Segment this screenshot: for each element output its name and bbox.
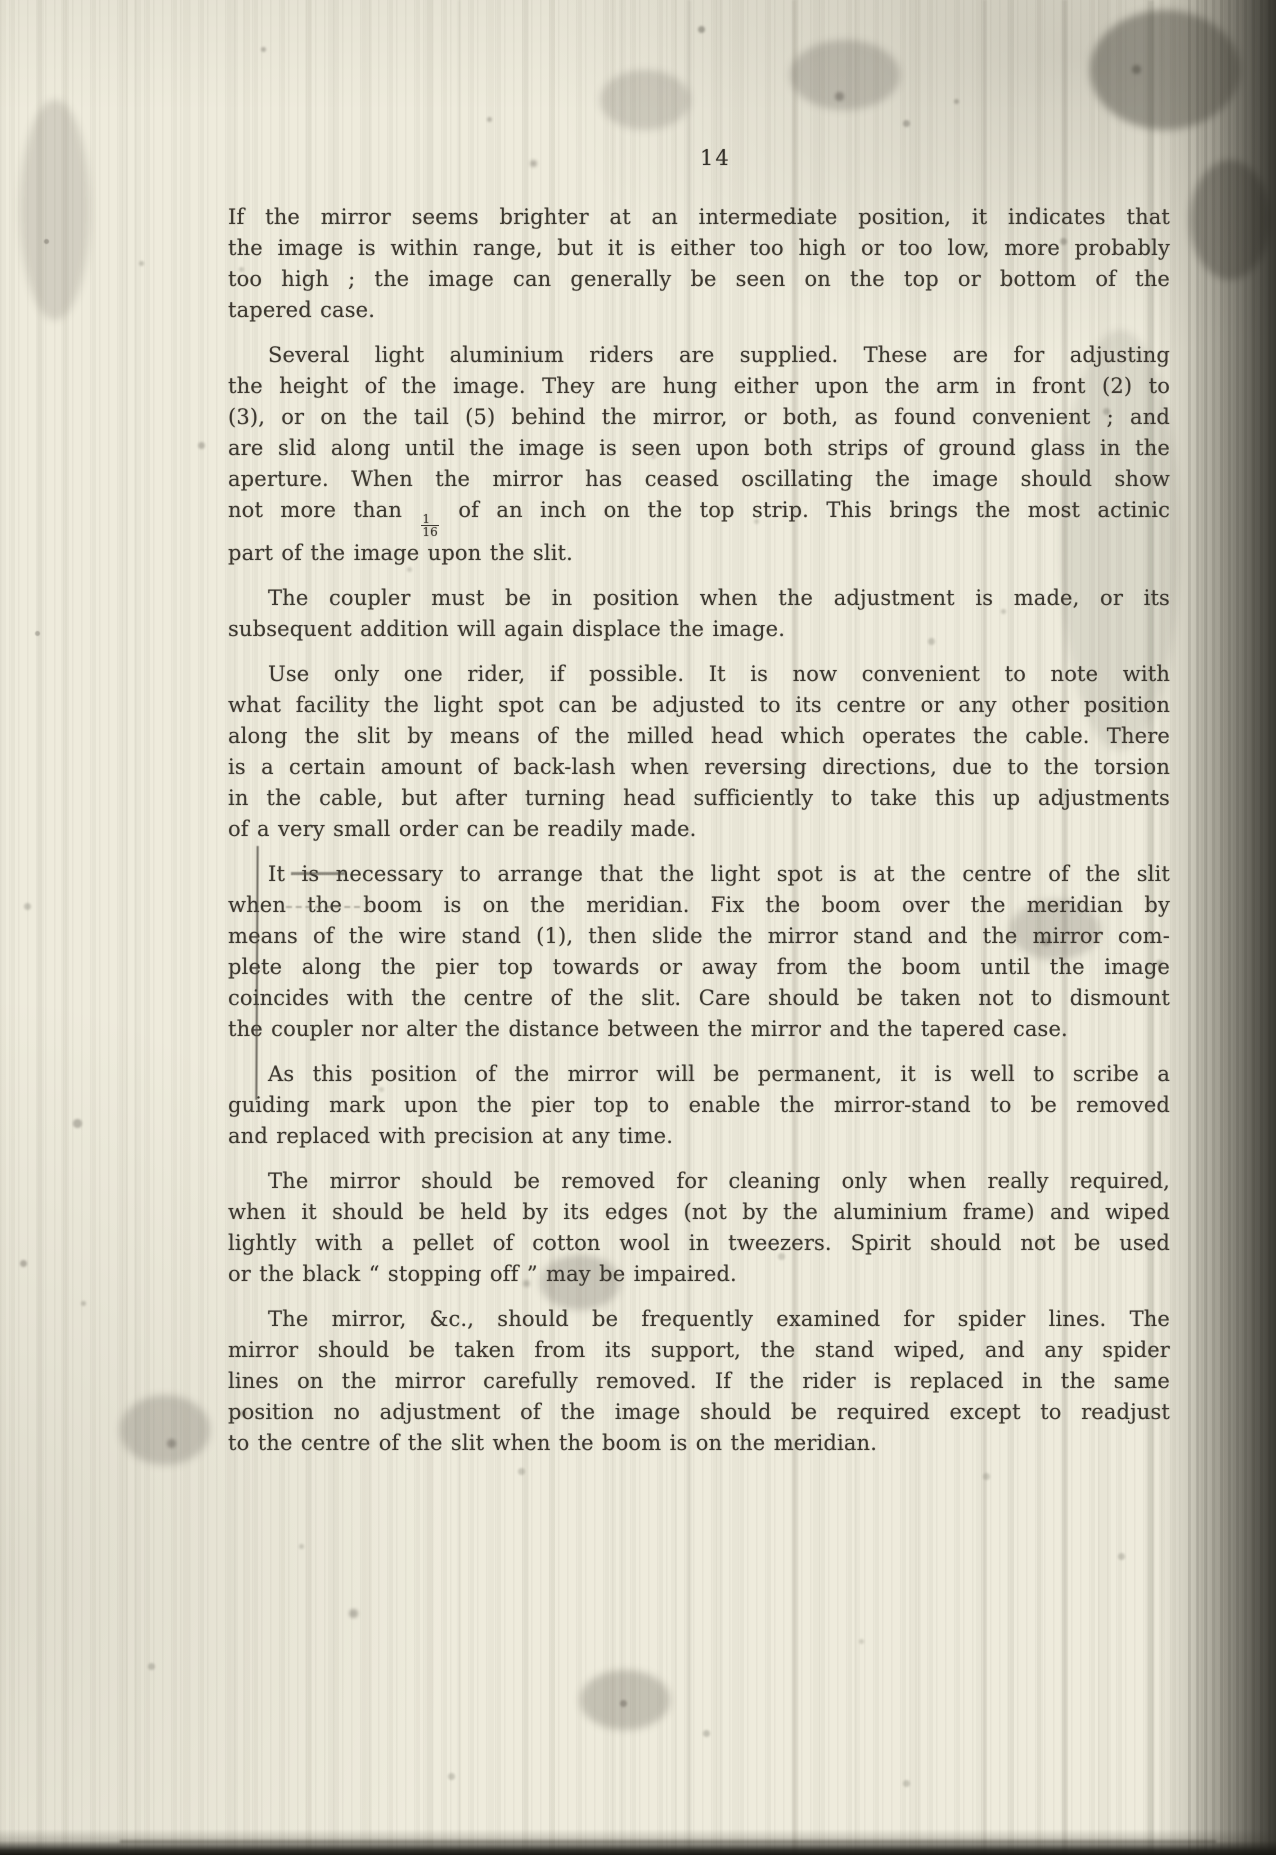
text-line: aperture. When the mirror has ceased osc…	[228, 464, 1170, 495]
text-line: the coupler nor alter the distance betwe…	[228, 1014, 1170, 1045]
text-line: to the centre of the slit when the boom …	[228, 1428, 1170, 1459]
text-line: in the cable, but after turning head suf…	[228, 783, 1170, 814]
paragraph: The mirror, &c., should be frequently ex…	[228, 1304, 1170, 1459]
ink-smudge	[20, 100, 90, 320]
scan-edge-smear	[120, 1840, 1216, 1843]
text-line: of a very small order can be readily mad…	[228, 814, 1170, 845]
text-block: If the mirror seems brighter at an inter…	[228, 202, 1170, 1473]
text-line: The coupler must be in position when the…	[228, 583, 1170, 614]
text-line: If the mirror seems brighter at an inter…	[228, 202, 1170, 233]
text-line: subsequent addition will again displace …	[228, 614, 1170, 645]
ink-smudge	[790, 40, 900, 110]
paragraph: The coupler must be in position when the…	[228, 583, 1170, 645]
fraction-one-sixteenth: 116	[421, 513, 439, 538]
ink-smudge	[1190, 160, 1270, 280]
text-line: guiding mark upon the pier top to enable…	[228, 1090, 1170, 1121]
paragraph: As this position of the mirror will be p…	[228, 1059, 1170, 1152]
text-line: Use only one rider, if possible. It is n…	[228, 659, 1170, 690]
scanned-book-page: 14 If the mirror seems brighter at an in…	[0, 0, 1276, 1855]
text-line: along the slit by means of the milled he…	[228, 721, 1170, 752]
text-line: lightly with a pellet of cotton wool in …	[228, 1228, 1170, 1259]
text-line: too high ; the image can generally be se…	[228, 264, 1170, 295]
text-line: tapered case.	[228, 295, 1170, 326]
ink-smudge	[120, 1395, 210, 1465]
text-line: Several light aluminium riders are suppl…	[228, 340, 1170, 371]
paragraph: It is necessary to arrange that the ligh…	[228, 859, 1170, 1045]
text-line: As this position of the mirror will be p…	[228, 1059, 1170, 1090]
text-line: lines on the mirror carefully removed. I…	[228, 1366, 1170, 1397]
text-line: the image is within range, but it is eit…	[228, 233, 1170, 264]
text-line: when the boom is on the meridian. Fix th…	[228, 890, 1170, 921]
text-line: It is necessary to arrange that the ligh…	[228, 859, 1170, 890]
text-line: not more than 116 of an inch on the top …	[228, 495, 1170, 538]
text-line: mirror should be taken from its support,…	[228, 1335, 1170, 1366]
page-number: 14	[700, 146, 731, 170]
text-line: coincides with the centre of the slit. C…	[228, 983, 1170, 1014]
text-line: The mirror, &c., should be frequently ex…	[228, 1304, 1170, 1335]
text-line: what facility the light spot can be adju…	[228, 690, 1170, 721]
paragraph: The mirror should be removed for cleanin…	[228, 1166, 1170, 1290]
ink-smudge	[600, 70, 690, 130]
ink-smudge	[1090, 10, 1240, 130]
text-line: when it should be held by its edges (not…	[228, 1197, 1170, 1228]
text-line: means of the wire stand (1), then slide …	[228, 921, 1170, 952]
text-line: is a certain amount of back-lash when re…	[228, 752, 1170, 783]
text-line: position no adjustment of the image shou…	[228, 1397, 1170, 1428]
text-line: (3), or on the tail (5) behind the mirro…	[228, 402, 1170, 433]
paragraph: Several light aluminium riders are suppl…	[228, 340, 1170, 569]
paragraph: If the mirror seems brighter at an inter…	[228, 202, 1170, 326]
text-line: are slid along until the image is seen u…	[228, 433, 1170, 464]
dirt-speckles	[0, 0, 3, 3]
text-line: The mirror should be removed for cleanin…	[228, 1166, 1170, 1197]
ink-smudge	[580, 1670, 670, 1730]
scan-edge-shadow	[0, 1829, 1276, 1855]
text-line: plete along the pier top towards or away…	[228, 952, 1170, 983]
text-line: the height of the image. They are hung e…	[228, 371, 1170, 402]
paragraph: Use only one rider, if possible. It is n…	[228, 659, 1170, 845]
text-line: or the black “ stopping off ” may be imp…	[228, 1259, 1170, 1290]
text-line: part of the image upon the slit.	[228, 538, 1170, 569]
text-line: and replaced with precision at any time.	[228, 1121, 1170, 1152]
